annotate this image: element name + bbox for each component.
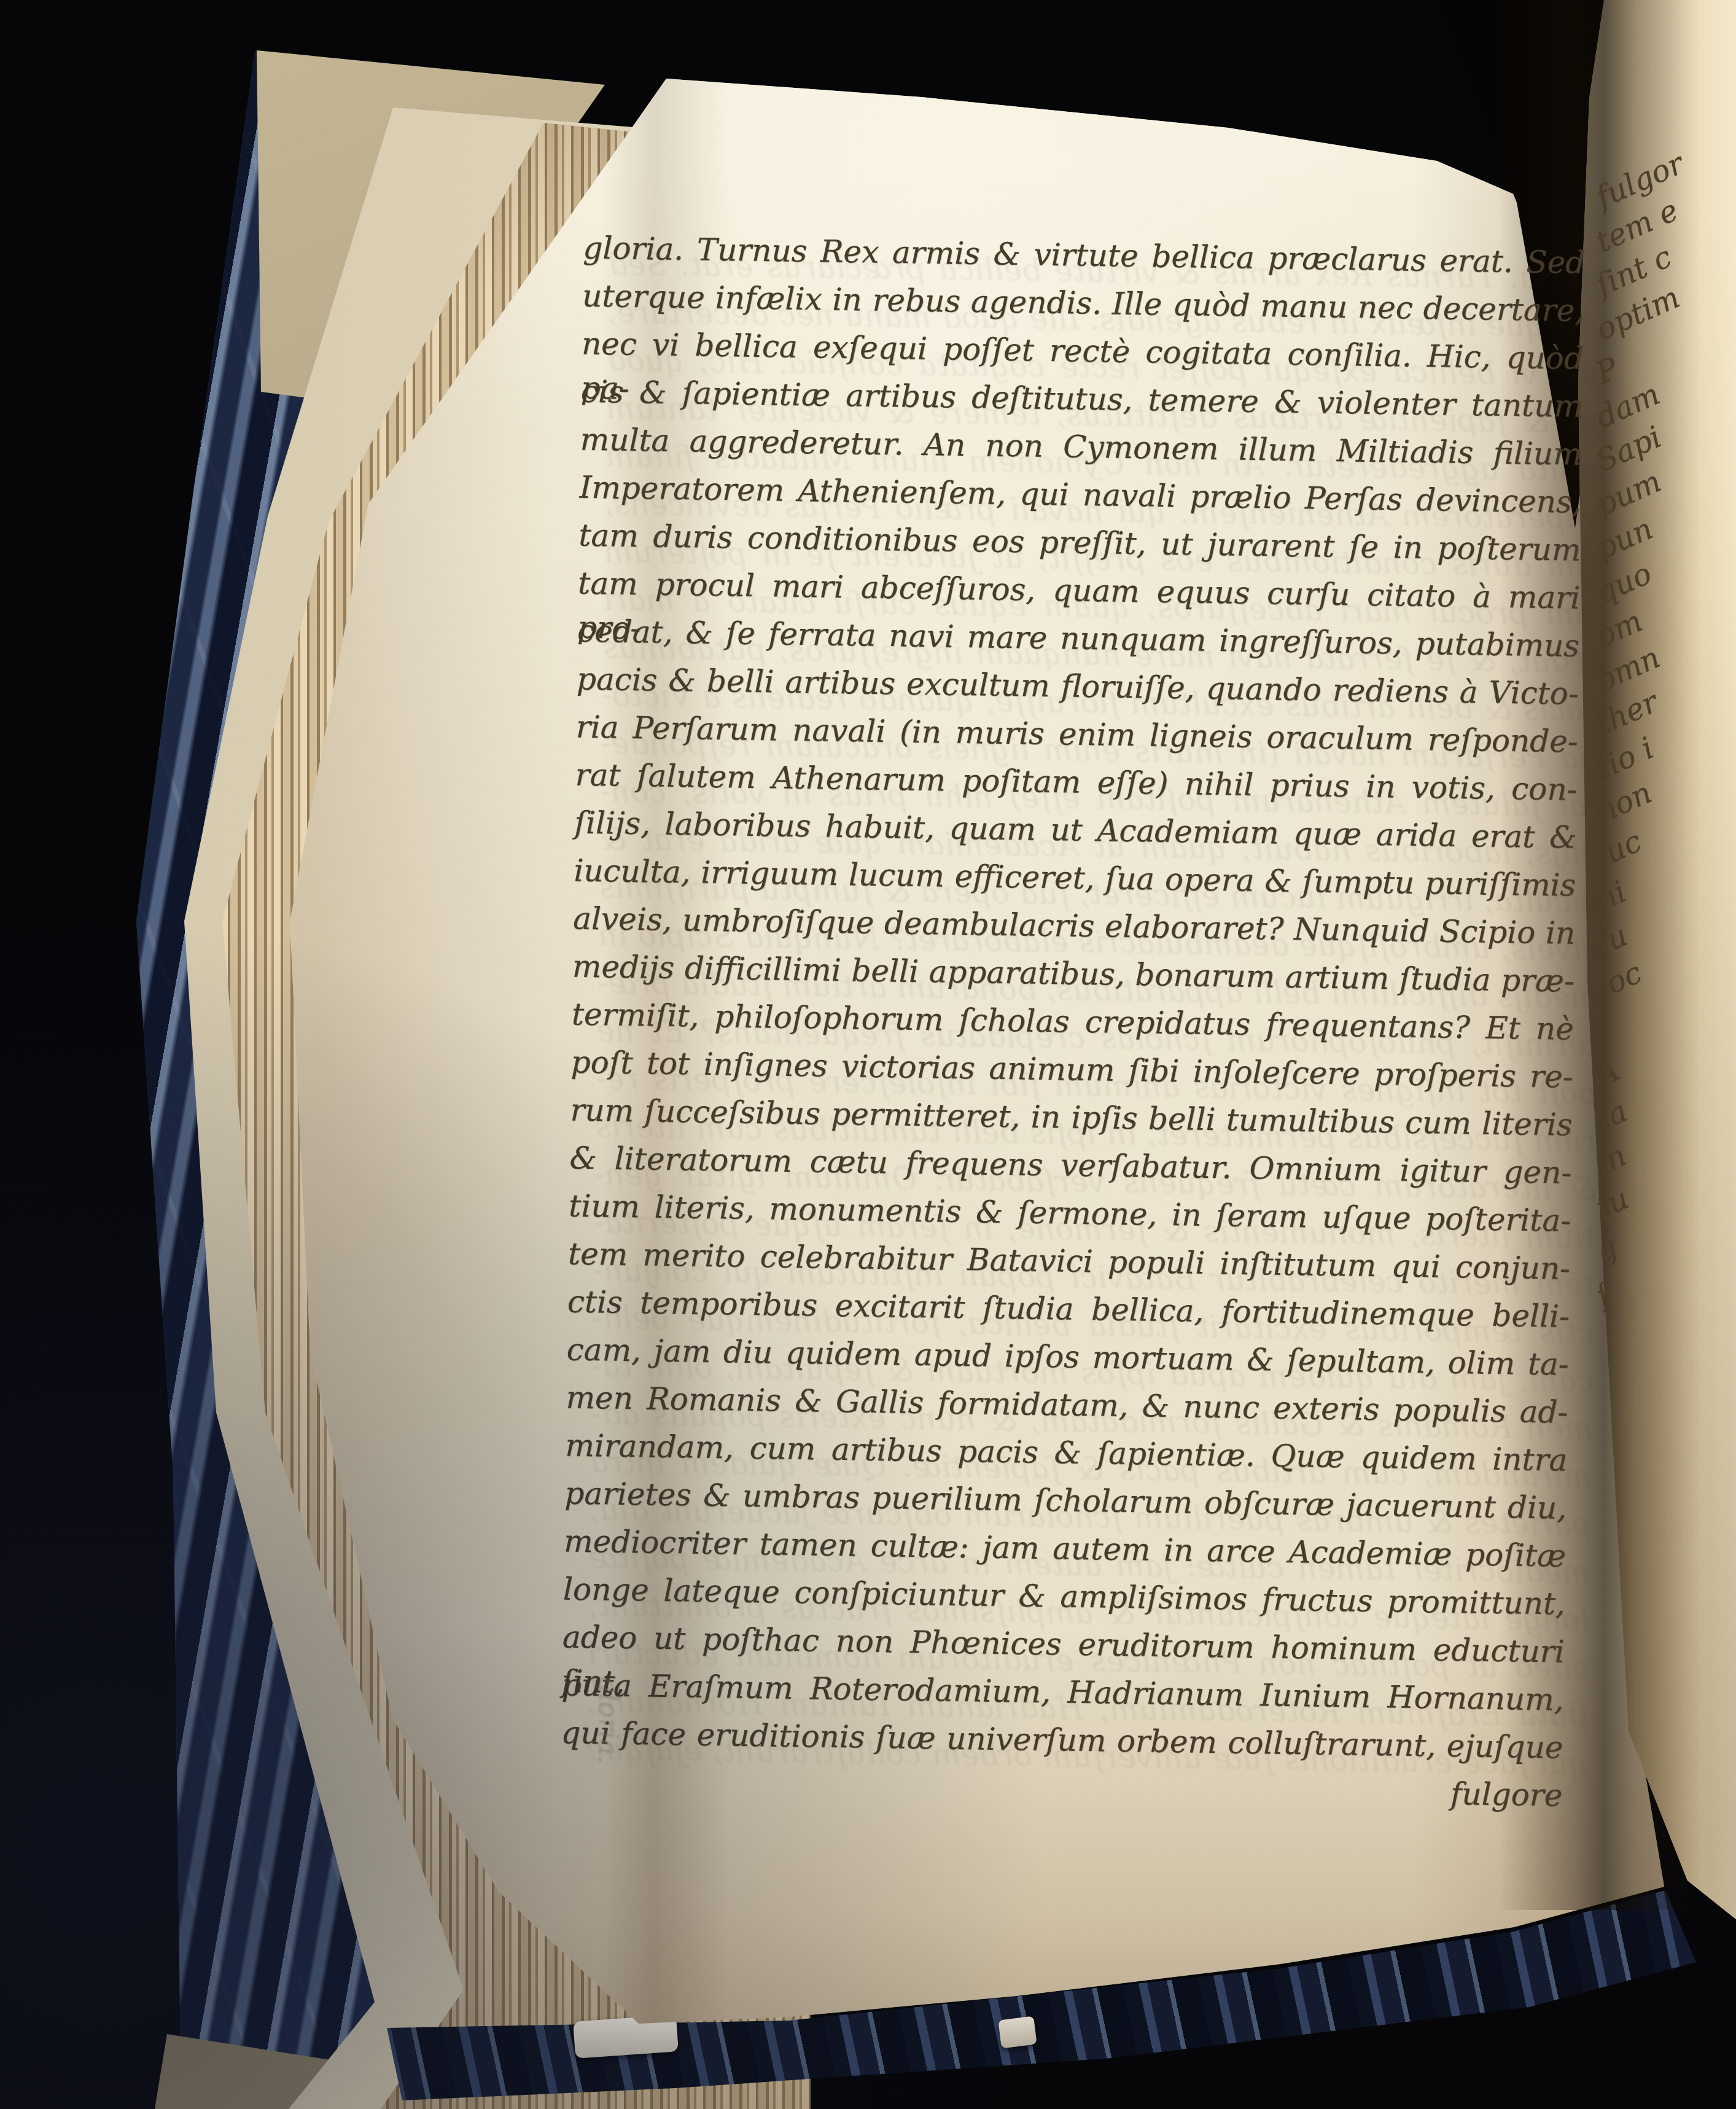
- show-through-catchword: gloria.: [593, 1676, 624, 1780]
- right-page-fragment: ſoc: [1598, 972, 1736, 1016]
- right-page-fragment: ſ: [1598, 1280, 1736, 1324]
- paper-tab: [998, 2016, 1037, 2049]
- right-page-fragment: [1598, 1016, 1736, 1061]
- right-page-text: fulgortem eſint coptimPdamSapipumpunquoo…: [1598, 182, 1736, 1323]
- right-page-fragment: optim: [1598, 314, 1736, 358]
- text-lines: gloria. Turnus Rex armis & virtute belli…: [561, 226, 1586, 1774]
- text-block: gloria. Turnus Rex armis & virtute belli…: [560, 226, 1586, 1822]
- right-page-fragment: g: [1598, 1236, 1736, 1280]
- book-photo: gloria. Turnus Rex armis & virtute belli…: [0, 0, 1736, 2109]
- right-page-fragment: tu: [1598, 1192, 1736, 1236]
